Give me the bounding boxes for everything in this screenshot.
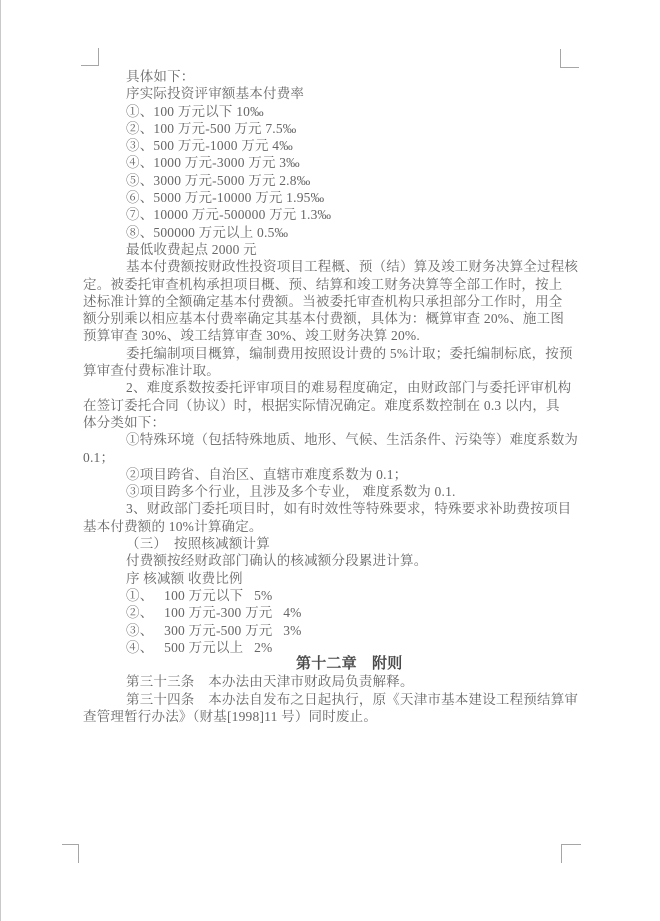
- text-line: ②项目跨省、自治区、直辖市难度系数为 0.1；: [83, 466, 579, 483]
- document-text-area[interactable]: 具体如下：序实际投资评审额基本付费率①、100 万元以下 10‰②、100 万元…: [83, 68, 579, 725]
- crop-mark-top-right: [560, 49, 579, 68]
- text-line: 具体如下：: [83, 68, 579, 85]
- text-line: 第三十三条 本办法由天津市财政局负责解释。: [83, 673, 579, 690]
- text-line: ⑤、3000 万元-5000 万元 2.8‰: [83, 172, 579, 189]
- text-line: 额分别乘以相应基本付费率确定其基本付费额，具体为：概算审查 20%、施工图: [83, 310, 579, 327]
- text-line: 3、财政部门委托项目时，如有时效性等特殊要求，特殊要求补助费按项目: [83, 500, 579, 517]
- text-line: ④、1000 万元-3000 万元 3‰: [83, 154, 579, 171]
- text-line: ②、100 万元-500 万元 7.5‰: [83, 120, 579, 137]
- crop-mark-bottom-right: [561, 844, 581, 863]
- text-line: 述标准计算的全额确定基本付费额。当被委托审查机构只承担部分工作时，用全: [83, 293, 579, 310]
- text-line: ②、 100 万元-300 万元 4%: [83, 604, 579, 621]
- text-line: （三） 按照核减额计算: [83, 535, 579, 552]
- text-line: ①、100 万元以下 10‰: [83, 103, 579, 120]
- text-line: 在签订委托合同（协议）时，根据实际情况确定。难度系数控制在 0.3 以内，具: [83, 397, 579, 414]
- text-line: 委托编制项目概算，编制费用按照设计费的 5%计取；委托编制标底，按预: [83, 345, 579, 362]
- chapter-heading: 第十二章 附则: [83, 656, 579, 673]
- text-line: 序实际投资评审额基本付费率: [83, 85, 579, 102]
- text-line: 付费额按经财政部门确认的核减额分段累进计算。: [83, 552, 579, 569]
- text-line: 算审查付费标准计取。: [83, 362, 579, 379]
- document-page: 具体如下：序实际投资评审额基本付费率①、100 万元以下 10‰②、100 万元…: [0, 0, 660, 921]
- text-line: ⑥、5000 万元-10000 万元 1.95‰: [83, 189, 579, 206]
- text-line: 基本付费额按财政性投资项目工程概、预（结）算及竣工财务决算全过程核: [83, 258, 579, 275]
- text-line: ⑧、500000 万元以上 0.5‰: [83, 224, 579, 241]
- text-line: 0.1；: [83, 449, 579, 466]
- text-line: 查管理暂行办法》（财基[1998]11 号）同时废止。: [83, 708, 579, 725]
- text-line: ③、500 万元-1000 万元 4‰: [83, 137, 579, 154]
- text-line: 最低收费起点 2000 元: [83, 241, 579, 258]
- text-line: ③项目跨多个行业，且涉及多个专业， 难度系数为 0.1.: [83, 483, 579, 500]
- text-line: ①、 100 万元以下 5%: [83, 587, 579, 604]
- text-line: 定。被委托审查机构承担项目概、预、结算和竣工财务决算等全部工作时，按上: [83, 276, 579, 293]
- crop-mark-bottom-left: [62, 844, 79, 863]
- crop-mark-top-left: [81, 48, 99, 66]
- text-line: ①特殊环境（包括特殊地质、地形、气候、生活条件、污染等）难度系数为: [83, 431, 579, 448]
- text-line: 2、难度系数按委托评审项目的难易程度确定，由财政部门与委托评审机构: [83, 379, 579, 396]
- text-line: 体分类如下：: [83, 414, 579, 431]
- text-line: 预算审查 30%、竣工结算审查 30%、竣工财务决算 20%.: [83, 327, 579, 344]
- text-line: ④、 500 万元以上 2%: [83, 639, 579, 656]
- text-line: ③、 300 万元-500 万元 3%: [83, 622, 579, 639]
- text-line: 基本付费额的 10%计算确定。: [83, 518, 579, 535]
- text-line: 序 核减额 收费比例: [83, 570, 579, 587]
- text-line: 第三十四条 本办法自发布之日起执行，原《天津市基本建设工程预结算审: [83, 691, 579, 708]
- text-line: ⑦、10000 万元-500000 万元 1.3‰: [83, 206, 579, 223]
- page-left-edge-line: [0, 0, 1, 921]
